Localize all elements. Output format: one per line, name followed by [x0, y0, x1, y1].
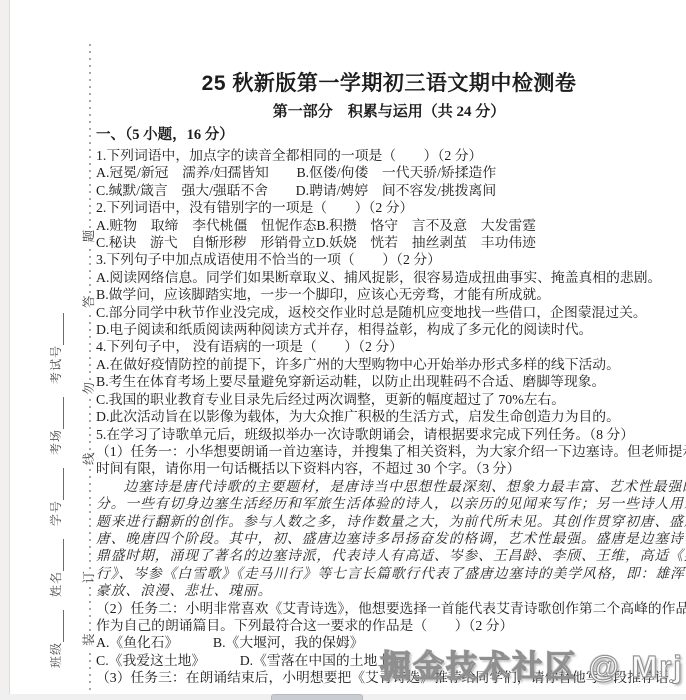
text-line: （2）任务二：小明非常喜欢《艾青诗选》，他想要选择一首能代表艾青诗歌创作第二个高…	[96, 600, 682, 617]
text-line: 边塞诗是唐代诗歌的主要题材，是唐诗当中思想性最深刻、想象力最丰富、艺术性最强的一…	[96, 478, 682, 495]
text-line: 作为自己的朗诵篇目。下列最符合这一要求的作品是（ ）（2 分）	[96, 617, 682, 634]
text-line: C.秘诀 游弋 自惭形秽 形销骨立D.妖娆 恍若 抽丝剥茧 丰功伟迹	[96, 234, 682, 251]
student-field-label: 学号	[47, 500, 64, 526]
text-line: 时间有限，请你用一句话概括以下资料内容，不超过 30 个字。（3 分）	[96, 460, 682, 477]
student-field-label: 考场	[47, 429, 64, 455]
text-line: （1）任务一：小华想要朗诵一首边塞诗，并搜集了相关资料，为大家介绍一下边塞诗。但…	[96, 443, 682, 460]
text-line: 5.在学习了诗歌单元后，班级拟举办一次诗歌朗诵会，请根据要求完成下列任务。（8 …	[96, 426, 682, 443]
text-line: A.阅读网络信息。同学们如果断章取义、捕风捉影，很容易造成扭曲事实、掩盖真相的悲…	[96, 269, 682, 286]
student-field-label: 班级	[47, 642, 64, 668]
text-line: D.电子阅读和纸质阅读两种阅读方式并存，相得益彰，构成了多元化的阅读时代。	[96, 321, 682, 338]
page-title: 25 秋新版第一学期初三语文期中检测卷	[96, 70, 682, 98]
text-line: 4.下列句子中， 没有语病的一项是（ ）（2 分）	[96, 338, 682, 355]
text-line: A.赃物 取缔 李代桃僵 忸怩作态B.积攒 恪守 言不及意 大发雷霆	[96, 217, 682, 234]
student-field-label: 考试号	[47, 345, 64, 384]
field-blank-line	[52, 313, 64, 345]
dotted-segment	[89, 396, 91, 450]
text-line: B.做学问，应该脚踏实地，一步一个脚印，应该心无旁骛，才能有所成就。	[96, 286, 682, 303]
student-field: 学号	[47, 468, 64, 526]
text-line: 分。一些有切身边塞生活经历和军旅生活体验的诗人，以亲历的见闻来写作；另一些诗人用…	[96, 495, 682, 512]
field-blank-line	[52, 610, 64, 642]
text-line: 1.下列词语中，加点字的读音全都相同的一项是（ ）（2 分）	[96, 147, 682, 164]
field-blank-line	[52, 397, 64, 429]
student-info-fields: 班级姓名学号考场考试号	[46, 290, 64, 668]
student-field: 姓名	[47, 539, 64, 597]
text-line: C.缄默/箴言 强大/强聒不舍 D.聘请/娉婷 间不容发/挑拨离间	[96, 182, 682, 199]
dotted-segment	[89, 585, 91, 631]
student-field: 考场	[47, 397, 64, 455]
dotted-segment	[89, 244, 91, 293]
text-line: 鼎盛时期，涌现了著名的边塞诗派，代表诗人有高适、岑参、王昌龄、李颀、王维，高适《…	[96, 547, 682, 564]
dotted-segment	[89, 467, 91, 569]
dotted-segment	[89, 44, 91, 228]
dotted-segment	[89, 310, 91, 380]
student-field-label: 姓名	[47, 571, 64, 597]
part-heading: 第一部分 积累与运用（共 24 分）	[96, 102, 682, 122]
field-blank-line	[52, 468, 64, 500]
text-line: C.部分同学中秋节作业没完成，返校交作业时总是随机应变地找一些借口，企图蒙混过关…	[96, 304, 682, 321]
watermark: 掘金技术社区 @ Mrj	[380, 641, 684, 686]
page-edge-strip	[0, 0, 10, 700]
student-field: 班级	[47, 610, 64, 668]
text-line: 3.下列句子中加点成语使用不恰当的一项（ ）（2 分）	[96, 251, 682, 268]
exam-body-lines: 1.下列词语中，加点字的读音全都相同的一项是（ ）（2 分）A.冠冕/新冠 濡养…	[96, 147, 682, 687]
text-line: A.在做好疫情防控的前提下，许多广州的大型购物中心开始举办形式多样的线下活动。	[96, 356, 682, 373]
text-line: 题来进行翻新的创作。参与人数之多，诗作数量之大，为前代所未见。其创作贯穿初唐、盛…	[96, 513, 682, 530]
text-line: 2.下列词语中，没有错别字的一项是（ ）（2 分）	[96, 199, 682, 216]
text-line: C.我国的职业教育专业目录先后经过两次调整，更新的幅度超过了 70%左右。	[96, 391, 682, 408]
text-line: 行》、岑参《白雪歌》《走马川行》等七言长篇歌行代表了盛唐边塞诗的美学风格，即：雄…	[96, 565, 682, 582]
student-field: 考试号	[47, 313, 64, 384]
text-line: 唐、晚唐四个阶段。其中，初、盛唐边塞诗多昂扬奋发的格调，艺术性最强。盛唐是边塞诗…	[96, 530, 682, 547]
dotted-segment	[89, 648, 91, 697]
text-line: 豪放、浪漫、悲壮、瑰丽。	[96, 582, 682, 599]
bottom-scrollbar-thumb[interactable]	[271, 694, 363, 700]
exam-page: 25 秋新版第一学期初三语文期中检测卷 第一部分 积累与运用（共 24 分） 一…	[96, 70, 682, 687]
text-line: D.此次活动旨在以影像为载体，为大众推广积极的生活方式，启发生命创造力为目的。	[96, 408, 682, 425]
field-blank-line	[52, 539, 64, 571]
text-line: B.考生在体育考场上要尽量避免穿新运动鞋，以防止出现鞋码不合适、磨脚等现象。	[96, 373, 682, 390]
section-heading: 一、（5 小题，16 分）	[96, 125, 682, 145]
text-line: A.冠冕/新冠 濡养/妇孺皆知 B.伛偻/佝偻 一代天骄/矫揉造作	[96, 164, 682, 181]
